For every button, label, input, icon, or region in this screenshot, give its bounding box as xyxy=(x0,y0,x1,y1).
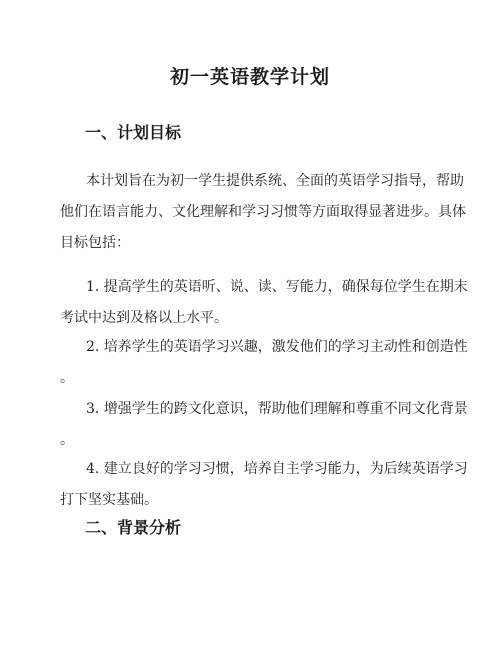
intro-line-2: 他们在语言能力、文化理解和学习习惯等方面取得显著进步。具体 xyxy=(60,201,466,221)
goal-2-line-1: 2. 培养学生的英语学习兴趣，激发他们的学习主动性和创造性 xyxy=(86,336,468,356)
goal-3-line-2: 。 xyxy=(60,429,74,449)
section-heading-background: 二、背景分析 xyxy=(85,515,181,538)
goal-1-line-1: 1. 提高学生的英语听、说、读、写能力，确保每位学生在期末 xyxy=(86,276,468,296)
document-page: 初一英语教学计划 一、计划目标 本计划旨在为初一学生提供系统、全面的英语学习指导… xyxy=(0,0,500,647)
goal-1-line-2: 考试中达到及格以上水平。 xyxy=(60,307,228,327)
intro-line-1: 本计划旨在为初一学生提供系统、全面的英语学习指导，帮助 xyxy=(86,170,464,190)
goal-3-line-1: 3. 增强学生的跨文化意识，帮助他们理解和尊重不同文化背景 xyxy=(86,398,468,418)
goal-2-line-2: 。 xyxy=(60,367,74,387)
intro-line-3: 目标包括： xyxy=(60,232,130,252)
document-title: 初一英语教学计划 xyxy=(0,62,500,89)
goal-4-line-1: 4. 建立良好的学习习惯，培养自主学习能力，为后续英语学习 xyxy=(86,458,468,478)
section-heading-goals: 一、计划目标 xyxy=(85,120,181,143)
goal-4-line-2: 打下坚实基础。 xyxy=(60,489,158,509)
